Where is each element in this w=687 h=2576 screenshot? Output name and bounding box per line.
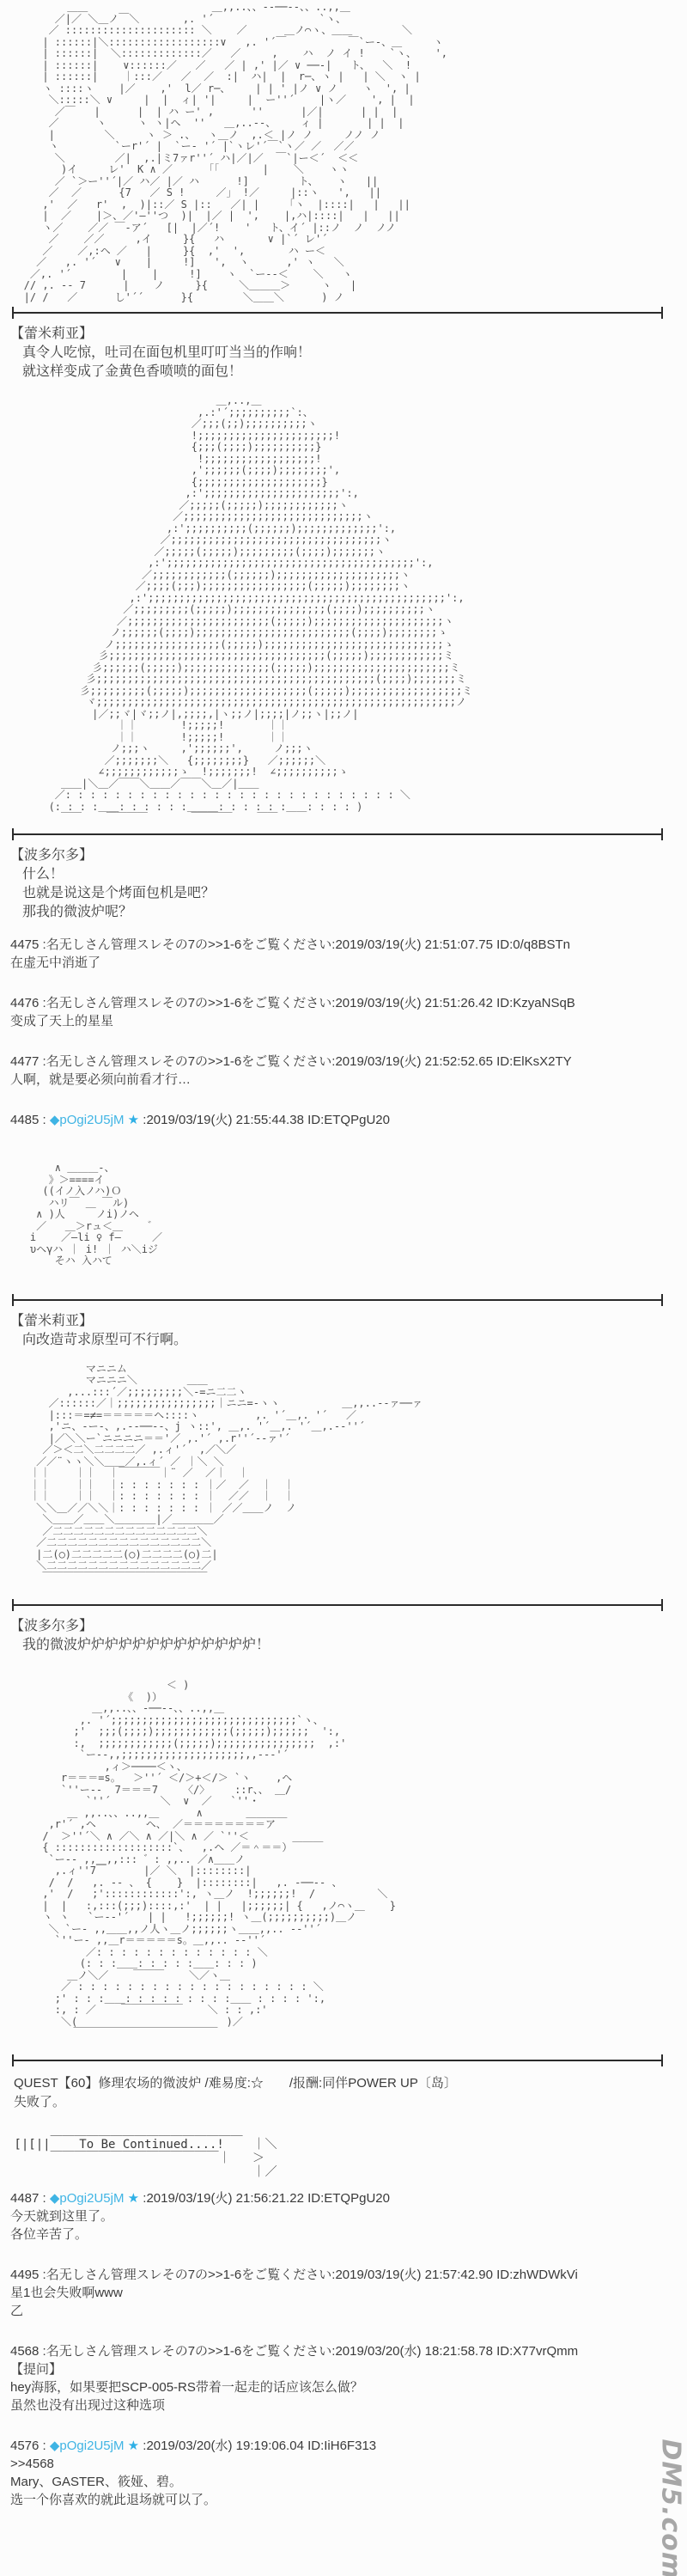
post-date: 2019/03/19(火) 21:57:42.90 xyxy=(335,2268,492,2282)
post-header: 4477 :名无しさん管理スレその7の>>1-6をご覧ください:2019/03/… xyxy=(10,1053,687,1071)
post-number: 4495 xyxy=(10,2268,39,2282)
post-id: ID:KzyaNSqB xyxy=(496,996,575,1010)
post-number: 4475 xyxy=(10,937,39,952)
forum-post: 4485 : ◆pOgi2U5jM ★ :2019/03/19(火) 21:55… xyxy=(10,1111,687,1129)
dialogue-block: 【蕾米莉亚】向改造苛求原型可不行啊。 xyxy=(10,1312,687,1350)
forum-post: 4477 :名无しさん管理スレその7の>>1-6をご覧ください:2019/03/… xyxy=(10,1053,687,1089)
speaker-name: 【蕾米莉亚】 xyxy=(10,325,687,344)
scene-divider xyxy=(5,2054,687,2067)
speaker-name: 【波多尔多】 xyxy=(10,1617,687,1636)
divider-line xyxy=(12,1604,663,1606)
separator: : xyxy=(39,2268,46,2282)
post-header: 4568 :名无しさん管理スレその7の>>1-6をご覧ください:2019/03/… xyxy=(10,2342,687,2360)
text-line: 失败了。 xyxy=(12,2093,687,2112)
post-header: 4475 :名无しさん管理スレその7の>>1-6をご覧ください:2019/03/… xyxy=(10,936,687,954)
divider-line xyxy=(12,833,663,835)
divider-line xyxy=(12,312,663,314)
post-body-line: Mary、GASTER、筱娅、碧。 xyxy=(10,2473,687,2491)
post-number: 4487 xyxy=(10,2191,39,2206)
aa-microwave-machine: マニニム マニニニ＼ ＿＿ ,...:::´／;;;;;;;;;＼-=ニ二二ヽ … xyxy=(5,1364,687,1596)
post-number: 4568 xyxy=(10,2344,39,2359)
post-body-line: 乙 xyxy=(10,2302,687,2320)
post-id: ID:ElKsX2TY xyxy=(496,1054,572,1069)
text-line: QUEST【60】修理农场的微波炉 /难易度:☆ /报酬:同伴POWER UP〔… xyxy=(12,2074,687,2093)
post-body-line: 虽然也没有出现过这种选项 xyxy=(10,2396,687,2414)
dialogue-line: 那我的微波炉呢？ xyxy=(10,903,687,922)
dialogue-line: 真令人吃惊，吐司在面包机里叮叮当当的作响！ xyxy=(10,344,687,363)
dialogue-block: 【蕾米莉亚】真令人吃惊，吐司在面包机里叮叮当当的作响！就这样变成了金黄色香喷喷的… xyxy=(10,325,687,382)
scene-divider xyxy=(5,306,687,320)
separator: : xyxy=(39,1113,50,1127)
post-date: 2019/03/19(火) 21:56:21.22 xyxy=(146,2191,303,2206)
forum-post: 4576 : ◆pOgi2U5jM ★ :2019/03/20(水) 19:19… xyxy=(10,2437,687,2509)
post-date: 2019/03/19(火) 21:52:52.65 xyxy=(335,1054,492,1069)
separator: : xyxy=(39,996,46,1010)
post-date: 2019/03/19(火) 21:51:26.42 xyxy=(335,996,492,1010)
post-header: 4485 : ◆pOgi2U5jM ★ :2019/03/19(火) 21:55… xyxy=(10,1111,687,1129)
forum-post: 4568 :名无しさん管理スレその7の>>1-6をご覧ください:2019/03/… xyxy=(10,2342,687,2414)
post-id: ID:X77vrQmm xyxy=(496,2344,578,2359)
poster-name: 名无しさん管理スレその7の>>1-6をご覧ください xyxy=(46,2344,332,2359)
post-id: ID:0/q8BSTn xyxy=(496,937,570,952)
speaker-name: 【蕾米莉亚】 xyxy=(10,1312,687,1331)
dialogue-line: 什么！ xyxy=(10,865,687,884)
post-header: 4487 : ◆pOgi2U5jM ★ :2019/03/19(火) 21:56… xyxy=(10,2189,687,2207)
dialogue-block: 【波多尔多】什么！也就是说这是个烤面包机是吧？那我的微波炉呢？ xyxy=(10,846,687,922)
thread-content: ＿＿ ＿,,..、、--──--、、..,,＿ ／|／ ＼＿ノ￣＼ ,. '´ … xyxy=(0,0,687,2509)
post-date: 2019/03/19(火) 21:55:44.38 xyxy=(146,1113,303,1127)
post-body-line: hey海豚，如果要把SCP-005-RS带着一起走的话应该怎么做？ xyxy=(10,2378,687,2396)
star-icon: ★ xyxy=(128,1113,139,1127)
poster-tripcode: ◆pOgi2U5jM xyxy=(50,1113,125,1127)
post-body-line: 今天就到这里了。 xyxy=(10,2207,687,2225)
star-icon: ★ xyxy=(128,2439,139,2453)
post-body-line: 在虚无中消逝了 xyxy=(10,954,687,972)
poster-name: 名无しさん管理スレその7の>>1-6をご覧ください xyxy=(46,2268,332,2282)
poster-tripcode: ◆pOgi2U5jM xyxy=(50,2439,125,2453)
post-body-line: 选一个你喜欢的就此退场就可以了。 xyxy=(10,2491,687,2509)
post-body-line: 变成了天上的星星 xyxy=(10,1012,687,1030)
post-body-line: 人啊，就是要必须向前看才行… xyxy=(10,1071,687,1089)
post-id: ID:ETQPgU20 xyxy=(307,1113,390,1127)
post-date: 2019/03/20(水) 19:19:06.04 xyxy=(146,2439,303,2453)
forum-post: 4476 :名无しさん管理スレその7の>>1-6をご覧ください:2019/03/… xyxy=(10,994,687,1030)
quest-result: QUEST【60】修理农场的微波炉 /难易度:☆ /报酬:同伴POWER UP〔… xyxy=(12,2074,687,2112)
post-id: ID:ETQPgU20 xyxy=(307,2191,390,2206)
divider-tick-right xyxy=(661,828,663,840)
post-id: ID:IiH6F313 xyxy=(307,2439,376,2453)
poster-tripcode: ◆pOgi2U5jM xyxy=(50,2191,125,2206)
poster-name: 名无しさん管理スレその7の>>1-6をご覧ください xyxy=(46,996,332,1010)
separator: : xyxy=(39,2344,46,2359)
scene-divider xyxy=(5,1293,687,1307)
dialogue-line: 我的微波炉炉炉炉炉炉炉炉炉炉炉炉炉！ xyxy=(10,1636,687,1655)
to-be-continued-banner: ＿＿＿＿＿＿＿＿＿＿＿＿＿＿＿＿ [|[|| To Be Continued..… xyxy=(7,2124,687,2179)
divider-tick-right xyxy=(661,307,663,319)
star-icon: ★ xyxy=(128,2191,139,2206)
dialogue-line: 向改造苛求原型可不行啊。 xyxy=(10,1331,687,1350)
separator: : xyxy=(39,2191,50,2206)
post-body-line: >>4568 xyxy=(10,2455,687,2473)
post-body-line: 【提问】 xyxy=(10,2360,687,2378)
post-number: 4485 xyxy=(10,1113,39,1127)
separator: : xyxy=(39,1054,46,1069)
post-header: 4476 :名无しさん管理スレその7の>>1-6をご覧ください:2019/03/… xyxy=(10,994,687,1012)
divider-tick-right xyxy=(661,1294,663,1306)
dm5-watermark: DM5.com xyxy=(656,2439,686,2551)
post-header: 4495 :名无しさん管理スレその7の>>1-6をご覧ください:2019/03/… xyxy=(10,2266,687,2284)
aa-wrecked-machine: ＜ ) 《 )） ＿,,..、、-──--、、..,,＿ ,. '´;;;;;;… xyxy=(5,1669,687,2052)
separator: : xyxy=(39,2439,50,2453)
post-number: 4476 xyxy=(10,996,39,1010)
divider-line xyxy=(12,2060,663,2061)
post-body-line: 星1也会失败啊www xyxy=(10,2284,687,2302)
poster-name: 名无しさん管理スレその7の>>1-6をご覧ください xyxy=(46,937,332,952)
poster-name: 名无しさん管理スレその7の>>1-6をご覧ください xyxy=(46,1054,332,1069)
post-id: ID:zhWDWkVi xyxy=(496,2268,578,2282)
forum-post: 4487 : ◆pOgi2U5jM ★ :2019/03/19(火) 21:56… xyxy=(10,2189,687,2243)
divider-line xyxy=(12,1299,663,1301)
forum-post: 4475 :名无しさん管理スレその7の>>1-6をご覧ください:2019/03/… xyxy=(10,936,687,972)
scene-divider xyxy=(5,1598,687,1612)
post-number: 4576 xyxy=(10,2439,39,2453)
separator: : xyxy=(39,937,46,952)
divider-tick-right xyxy=(661,2054,663,2066)
aa-remilia-bread-machine: ＿＿ ＿,,..、、--──--、、..,,＿ ／|／ ＼＿ノ￣＼ ,. '´ … xyxy=(5,2,687,303)
speaker-name: 【波多尔多】 xyxy=(10,846,687,865)
aa-mushroom-cloud: ＿,..,＿ ,.:'´;;;;;;;;;;`:、 ／;;;(;;);;;;;;… xyxy=(5,395,687,825)
post-header: 4576 : ◆pOgi2U5jM ★ :2019/03/20(水) 19:19… xyxy=(10,2437,687,2455)
post-date: 2019/03/19(火) 21:51:07.75 xyxy=(335,937,492,952)
aa-remilia-small: ∧ ＿＿＿-、 》＞====イ ((イノ入ノハ)Ｏ ハリ￣ ＿ ￣ル) ∧ )人… xyxy=(5,1151,687,1291)
post-date: 2019/03/20(水) 18:21:58.78 xyxy=(335,2344,492,2359)
post-body-line: 各位辛苦了。 xyxy=(10,2225,687,2243)
post-number: 4477 xyxy=(10,1054,39,1069)
forum-post: 4495 :名无しさん管理スレその7の>>1-6をご覧ください:2019/03/… xyxy=(10,2266,687,2320)
dialogue-line: 也就是说这是个烤面包机是吧？ xyxy=(10,884,687,903)
divider-tick-right xyxy=(661,1599,663,1611)
dialogue-line: 就这样变成了金黄色香喷喷的面包！ xyxy=(10,363,687,382)
dialogue-block: 【波多尔多】我的微波炉炉炉炉炉炉炉炉炉炉炉炉炉！ xyxy=(10,1617,687,1655)
scene-divider xyxy=(5,827,687,841)
